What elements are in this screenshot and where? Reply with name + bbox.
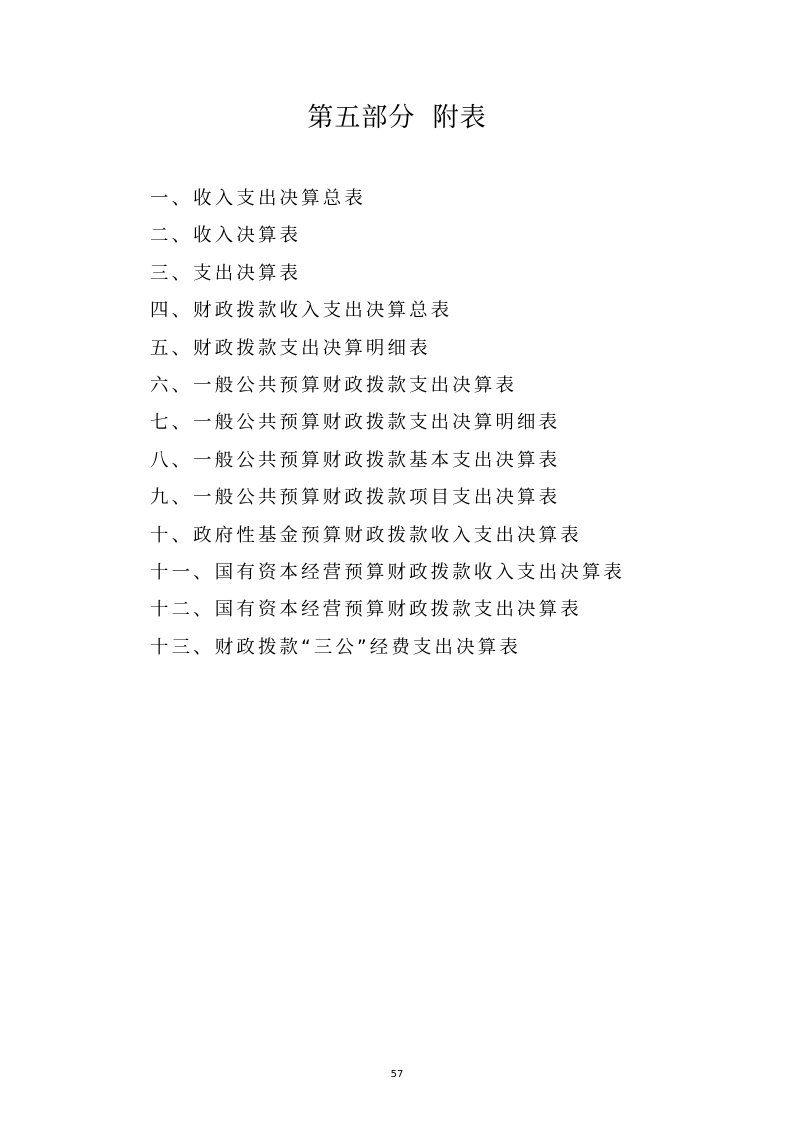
toc-item: 三、支出决算表 <box>150 259 625 296</box>
toc-item: 一、收入支出决算总表 <box>150 184 625 221</box>
toc-item: 五、财政拨款支出决算明细表 <box>150 334 625 371</box>
toc-item: 十一、国有资本经营预算财政拨款收入支出决算表 <box>150 558 625 595</box>
toc-item: 六、一般公共预算财政拨款支出决算表 <box>150 371 625 408</box>
page-number: 57 <box>0 1068 794 1082</box>
toc-item: 九、一般公共预算财政拨款项目支出决算表 <box>150 483 625 520</box>
toc-item: 八、一般公共预算财政拨款基本支出决算表 <box>150 446 625 483</box>
toc-item: 四、财政拨款收入支出决算总表 <box>150 296 625 333</box>
toc-item: 七、一般公共预算财政拨款支出决算明细表 <box>150 408 625 445</box>
page-title: 第五部分 附表 <box>0 98 794 138</box>
appendix-table-list: 一、收入支出决算总表 二、收入决算表 三、支出决算表 四、财政拨款收入支出决算总… <box>150 184 625 670</box>
toc-item: 十二、国有资本经营预算财政拨款支出决算表 <box>150 595 625 632</box>
toc-item: 二、收入决算表 <box>150 221 625 258</box>
toc-item: 十、政府性基金预算财政拨款收入支出决算表 <box>150 521 625 558</box>
toc-item: 十三、财政拨款“三公”经费支出决算表 <box>150 633 625 670</box>
